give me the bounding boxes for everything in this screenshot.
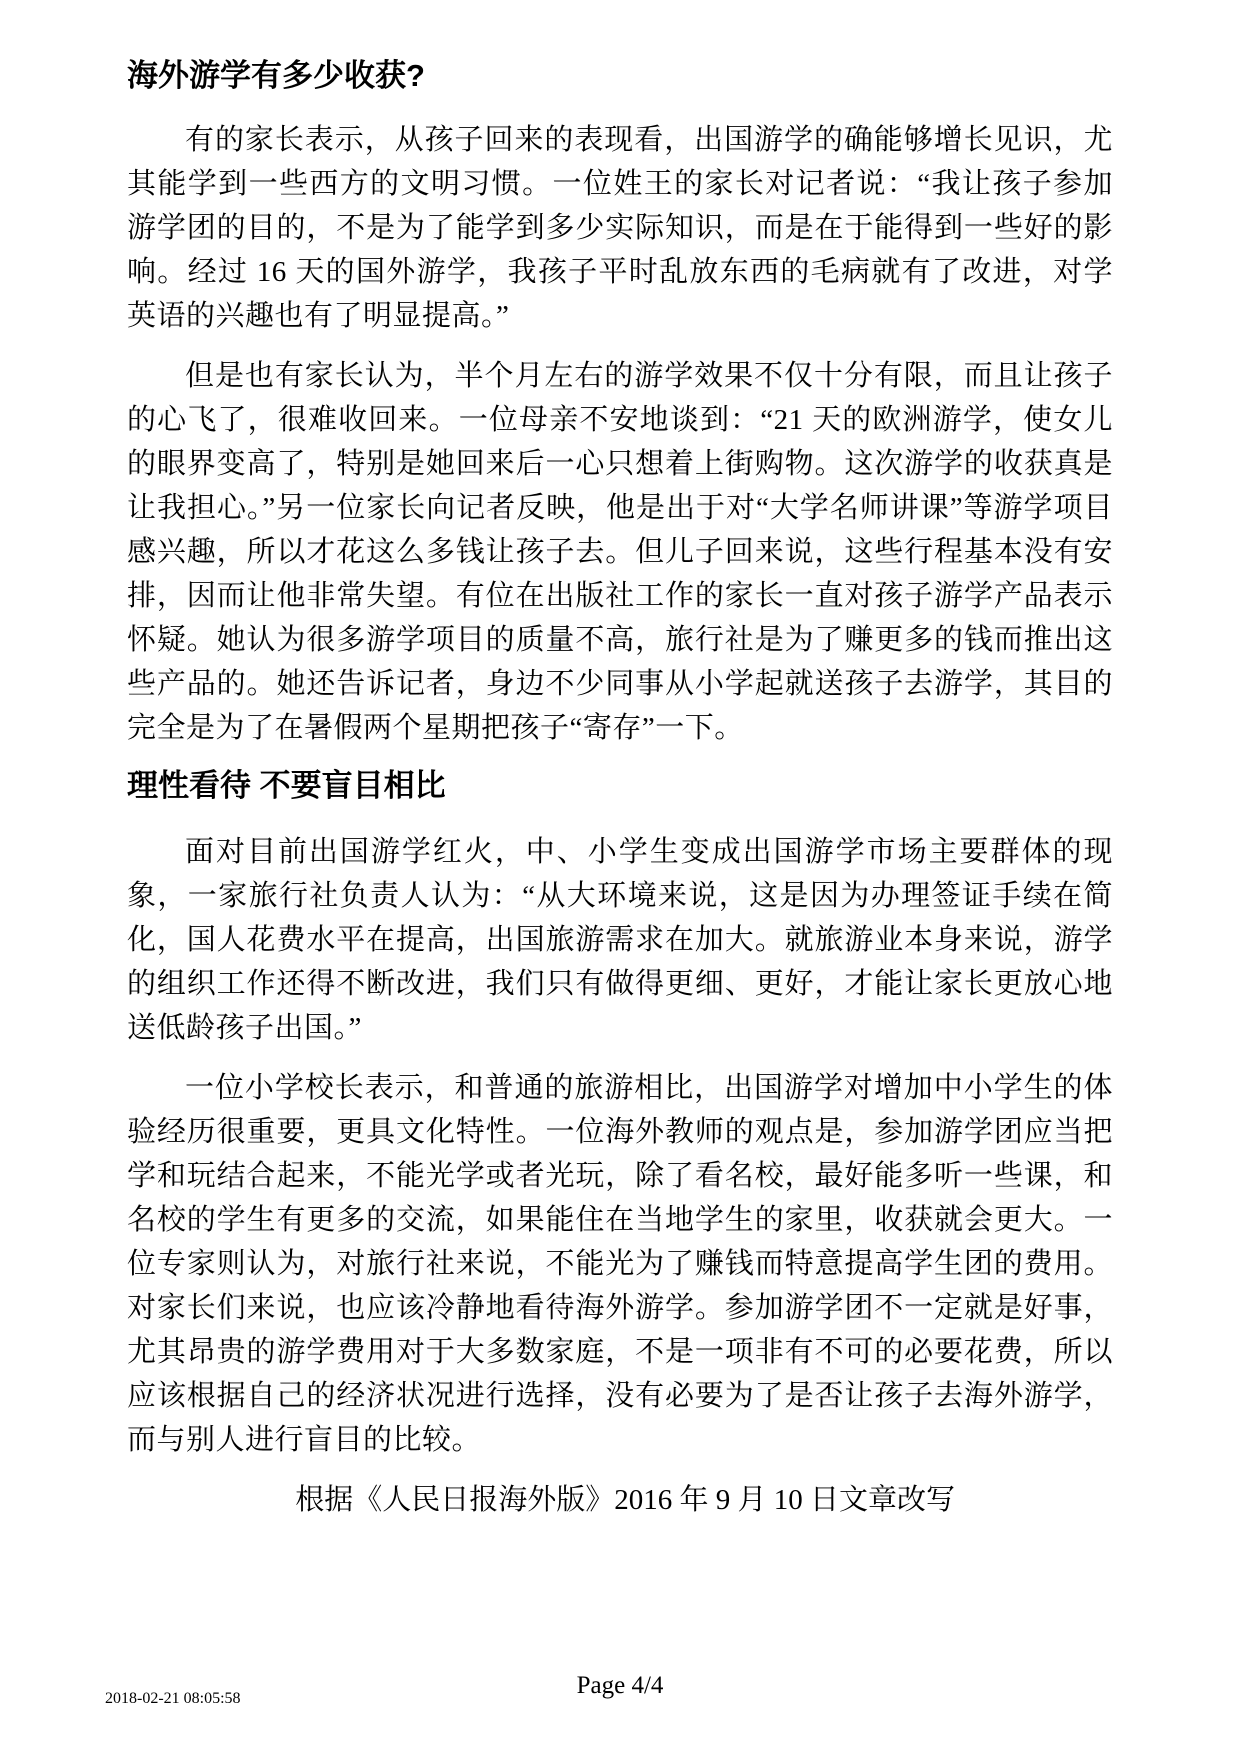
paragraph-parent-positive: 有的家长表示，从孩子回来的表现看，出国游学的确能够增长见识，尤其能学到一些西方的… — [127, 118, 1113, 338]
paragraph-agency-view: 面对目前出国游学红火，中、小学生变成出国游学市场主要群体的现象，一家旅行社负责人… — [127, 830, 1113, 1050]
section-heading-benefits: 海外游学有多少收获? — [127, 56, 1113, 96]
paragraph-parent-negative: 但是也有家长认为，半个月左右的游学效果不仅十分有限，而且让孩子的心飞了，很难收回… — [127, 354, 1113, 750]
section-heading-rational-view: 理性看待 不要盲目相比 — [127, 766, 1113, 806]
paragraph-expert-view: 一位小学校长表示，和普通的旅游相比，出国游学对增加中小学生的体验经历很重要，更具… — [127, 1066, 1113, 1462]
attribution-line: 根据《人民日报海外版》2016 年 9 月 10 日文章改写 — [127, 1478, 1113, 1522]
footer-page-number: Page 4/4 — [0, 1672, 1240, 1700]
document-content: 海外游学有多少收获? 有的家长表示，从孩子回来的表现看，出国游学的确能够增长见识… — [127, 56, 1113, 1522]
document-page: 海外游学有多少收获? 有的家长表示，从孩子回来的表现看，出国游学的确能够增长见识… — [0, 0, 1240, 1754]
